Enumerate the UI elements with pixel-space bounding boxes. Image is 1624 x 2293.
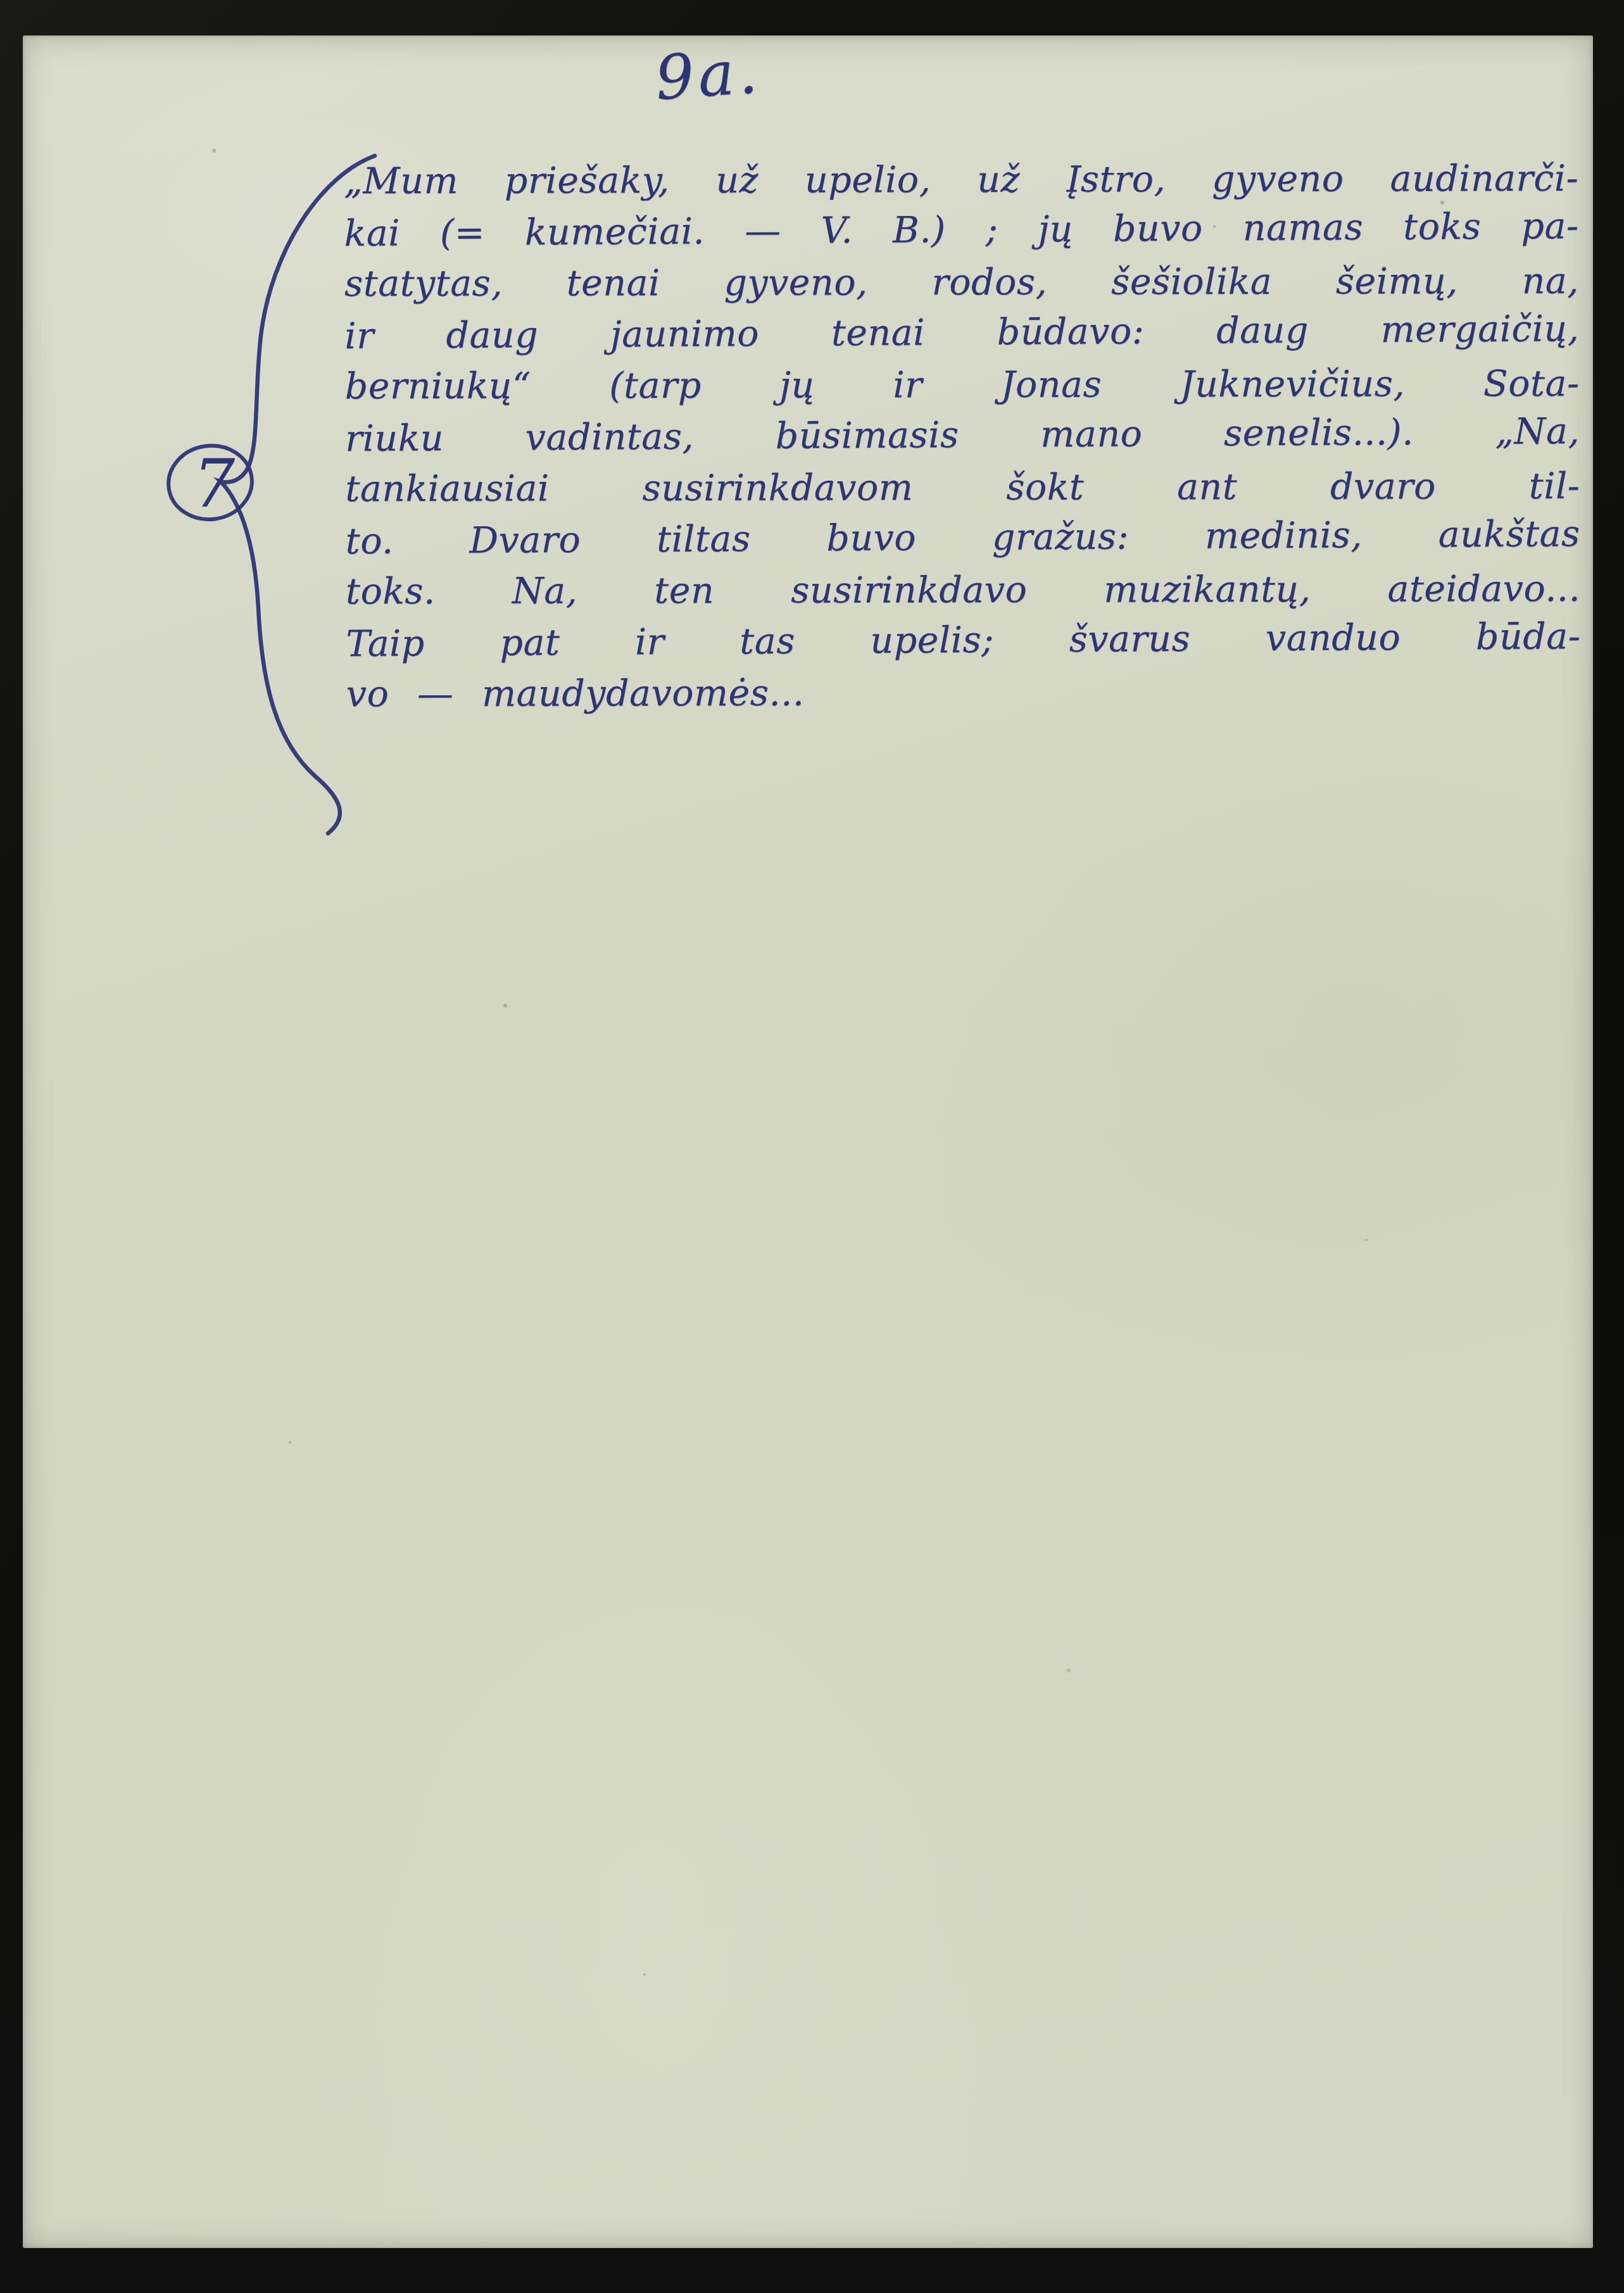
handwriting-line: to. Dvaro tiltas buvo gražus: medinis, a… xyxy=(345,509,1580,567)
scan-background: 9a. „Mum priešaky, už upelio, už Įstro, … xyxy=(0,0,1624,2293)
paper-specks xyxy=(23,35,25,38)
handwriting-line: tankiausiai susirinkdavom šokt ant dvaro… xyxy=(345,461,1580,515)
page-number: 9a. xyxy=(653,35,763,113)
handwriting-line: „Mum priešaky, už upelio, už Įstro, gyve… xyxy=(344,153,1578,207)
handwriting-line: ir daug jaunimo tenai būdavo: daug merga… xyxy=(344,303,1579,362)
handwriting-line: berniukų“ (tarp jų ir Jonas Juknevičius,… xyxy=(345,358,1580,412)
manuscript-text: „Mum priešaky, už upelio, už Įstro, gyve… xyxy=(344,151,1581,721)
handwriting-line: toks. Na, ten susirinkdavo muzikantų, at… xyxy=(346,564,1580,617)
handwriting-line: vo — maudydavomės... xyxy=(346,666,1581,720)
handwriting-line: Taip pat ir tas upelis; švarus vanduo bū… xyxy=(346,611,1580,670)
handwriting-line: kai (= kumečiai. — V. B.) ; jų buvo nama… xyxy=(344,201,1578,260)
handwriting-line: riuku vadintas, būsimasis mano senelis..… xyxy=(345,406,1580,465)
handwriting-line: statytas, tenai gyveno, rodos, šešiolika… xyxy=(344,256,1579,310)
